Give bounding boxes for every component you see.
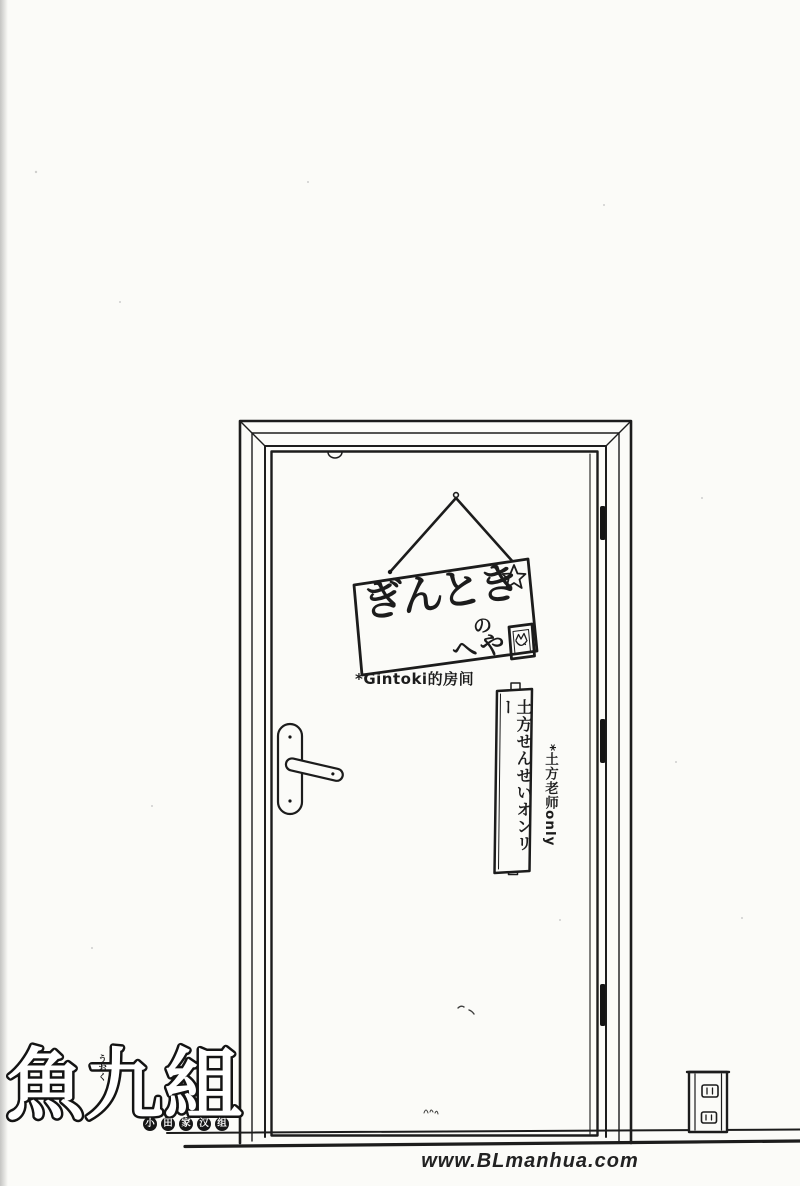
credit-circle: 家	[179, 1117, 193, 1131]
wall-outlet-icon	[687, 1072, 729, 1132]
door-hinges	[600, 506, 606, 1026]
banner-translation-note: *土方老师only	[540, 744, 560, 894]
door-sign-title2: へや	[450, 624, 510, 667]
credit-circle: 汉	[197, 1117, 211, 1131]
scanlation-credit-circles: 小 田 家 汉 组	[143, 1117, 229, 1131]
logo-furigana: うおく	[96, 1054, 105, 1081]
peephole-icon	[328, 452, 342, 458]
credit-circle: 组	[215, 1117, 229, 1131]
door-sign-translation-note: *Gintoki的房间	[355, 668, 474, 689]
scuff-marks	[424, 1006, 474, 1114]
credit-circle: 小	[143, 1117, 157, 1131]
manga-page: 魚九組 ぎんとき の へや *Gintoki的房间 土方せんせいオンリー *土方…	[0, 0, 800, 1186]
door-handle	[278, 724, 344, 814]
banner-text: 土方せんせいオンリー	[501, 699, 531, 867]
credit-circle: 田	[161, 1117, 175, 1131]
paper-speckles	[35, 171, 743, 949]
site-watermark: www.BLmanhua.com	[408, 1150, 652, 1173]
